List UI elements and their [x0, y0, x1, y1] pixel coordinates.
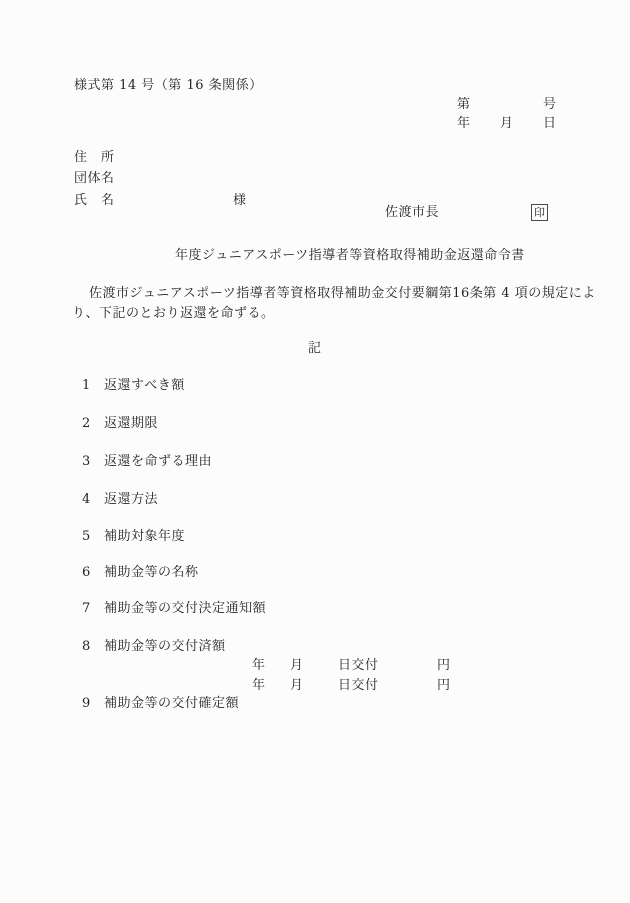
date-day-label: 日 [543, 116, 557, 131]
payment-yen-label: 円 [437, 678, 451, 693]
payment-month-label: 月 [290, 658, 304, 673]
item-label: 補助金等の交付決定通知額 [104, 601, 266, 616]
item-number: 4 [82, 492, 91, 507]
payment-yen-label: 円 [437, 658, 451, 673]
item-number: 2 [82, 416, 91, 431]
item-label: 補助金等の交付確定額 [104, 696, 239, 711]
doc-number-suffix: 号 [543, 97, 557, 112]
document-title: 年度ジュニアスポーツ指導者等資格取得補助金返還命令書 [175, 248, 525, 263]
form-number: 様式第 14 号（第 16 条関係） [74, 78, 263, 93]
item-number: 7 [82, 601, 91, 616]
item-number: 3 [82, 454, 91, 469]
record-marker: 記 [308, 341, 322, 356]
payment-year-label: 年 [252, 678, 266, 693]
seal-mark: 印 [531, 204, 548, 221]
date-year-label: 年 [457, 116, 471, 131]
name-label: 氏 名 [74, 193, 115, 208]
item-label: 返還期限 [104, 416, 158, 431]
item-label: 補助金等の交付済額 [104, 639, 226, 654]
address-label: 住 所 [74, 150, 115, 165]
payment-year-label: 年 [252, 658, 266, 673]
organization-label: 団体名 [74, 171, 115, 186]
item-label: 補助金等の名称 [104, 565, 199, 580]
item-label: 返還すべき額 [104, 378, 185, 393]
item-label: 返還を命ずる理由 [104, 454, 212, 469]
item-label: 補助対象年度 [104, 529, 185, 544]
item-number: 1 [82, 378, 91, 393]
payment-day-label: 日交付 [338, 658, 379, 673]
item-number: 9 [82, 696, 91, 711]
item-number: 8 [82, 639, 91, 654]
mayor-label: 佐渡市長 [385, 205, 439, 220]
date-month-label: 月 [500, 116, 514, 131]
document-page: 様式第 14 号（第 16 条関係） 第 号 年 月 日 住 所 団体名 氏 名… [0, 0, 630, 903]
item-number: 6 [82, 565, 91, 580]
item-label: 返還方法 [104, 492, 158, 507]
doc-number-prefix: 第 [457, 97, 471, 112]
payment-month-label: 月 [290, 678, 304, 693]
item-number: 5 [82, 529, 91, 544]
body-paragraph-line-2: り、下記のとおり返還を命ずる。 [72, 306, 275, 321]
payment-day-label: 日交付 [338, 678, 379, 693]
honorific-label: 様 [233, 193, 247, 208]
body-paragraph-line-1: 佐渡市ジュニアスポーツ指導者等資格取得補助金交付要綱第16条第 4 項の規定によ [89, 286, 596, 301]
